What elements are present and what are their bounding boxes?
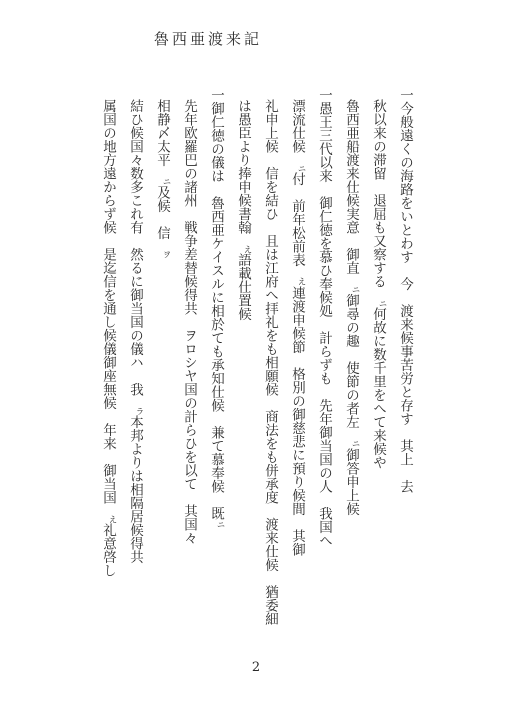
reading-mark: え	[108, 504, 117, 523]
text-column: は愚臣より捧申候書翰え語載仕置候	[229, 88, 256, 624]
text-column: 一御仁徳の儀は 魯西亜ケイスルに相於ても承知仕候 兼て慕奉候 既ニ	[202, 88, 229, 624]
text-column: 礼申上候 信を結ひ 且は江府へ拝礼をも相願候 商法をも併承度 渡来仕候 猶委細	[256, 88, 283, 624]
text-column: 一今般遠くの海路をいとわす 今 渡来候事苦労と存す 其上 去	[391, 88, 418, 624]
reading-mark: え	[297, 267, 306, 286]
reading-mark: ラ	[135, 396, 144, 415]
reading-mark: え	[243, 234, 252, 253]
text-column: 漂流仕候ニ付 前年松前表え連渡申候節 格別の御慈悲に預り候間 其御	[283, 88, 310, 624]
text-column: 先年欧羅巴の諸州 戦争差替候得共 ヲロシヤ国の計らひを以て 其国々	[175, 88, 202, 624]
text-column: 結ひ候国々数多これ有 然るに御当国の儀ハ 我ラ本邦よりは相隔居候得共	[121, 88, 148, 624]
text-column: 一愚王三代以来 御仁徳を慕ひ奉候処 計らずも 先年御当国の人 我国へ	[310, 88, 337, 624]
reading-mark: ニ	[297, 153, 306, 172]
text-column: 秋以来の滞留 退屈も又察するニ何故に数千里をへて来候や	[364, 88, 391, 624]
page-number: 2	[0, 660, 512, 675]
reading-mark: ヲ	[162, 240, 171, 259]
reading-mark: ニ	[351, 429, 360, 448]
reading-mark: ニ	[351, 274, 360, 293]
text-column: 相静〆太平ニ及候 信ヲ	[148, 88, 175, 624]
reading-mark: ニ	[162, 166, 171, 185]
text-column: 魯西亜船渡来仕候実意 御直ニ御尋の趣 使節の者左ニ御答申上候	[337, 88, 364, 624]
page-title: 魯西亜渡来記	[154, 28, 262, 49]
reading-mark: ニ	[378, 288, 387, 307]
text-column: 属国の地方遠からず候 是迄信を通し候儀御座無候 年来 御当国え礼意啓し	[94, 88, 121, 624]
reading-mark: ニ	[216, 520, 225, 529]
document-page: 魯西亜渡来記 一今般遠くの海路をいとわす 今 渡来候事苦労と存す 其上 去秋以来…	[0, 0, 512, 712]
text-block: 一今般遠くの海路をいとわす 今 渡来候事苦労と存す 其上 去秋以来の滞留 退屈も…	[94, 88, 418, 624]
